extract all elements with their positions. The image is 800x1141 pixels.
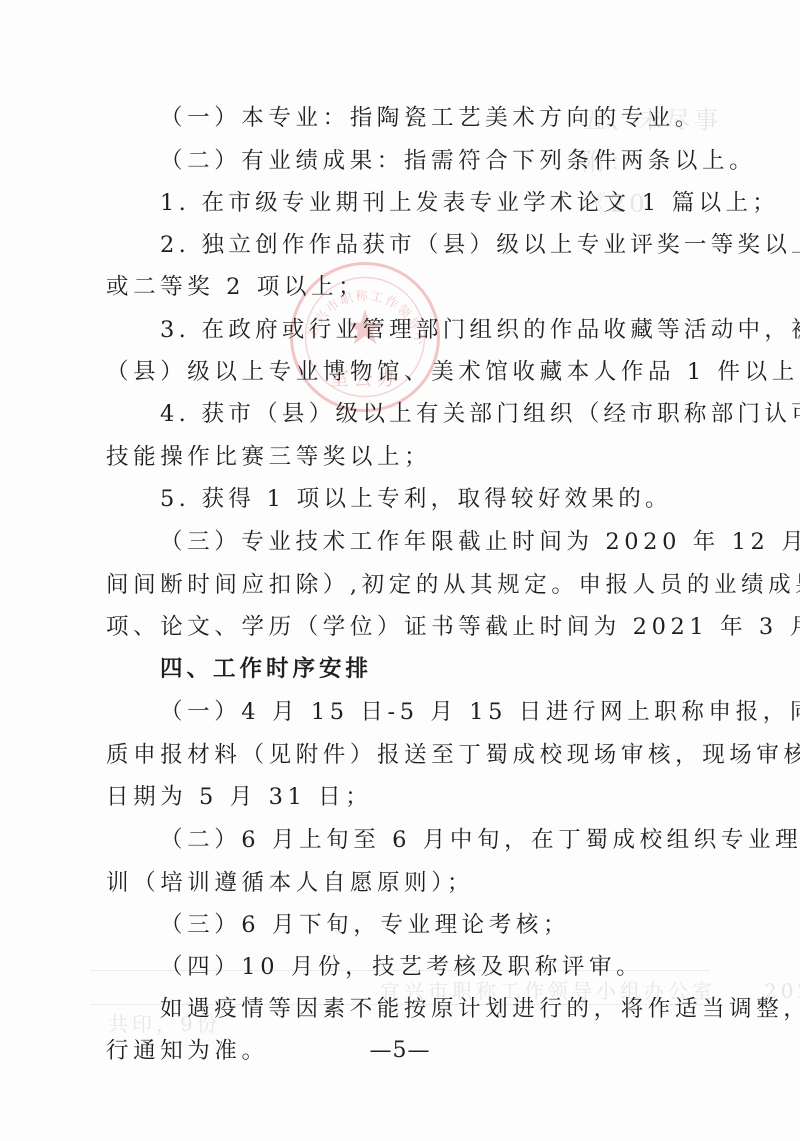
text-line: 如遇疫情等因素不能按原计划进行的，将作适当调整，以另 — [160, 991, 800, 1027]
text-line: 或二等奖 2 项以上； — [106, 269, 365, 305]
section-heading: 四、工作时序安排 — [160, 651, 372, 687]
text-line: （三）专业技术工作年限截止时间为 2020 年 12 月 31 日（中 — [160, 524, 800, 560]
text-line: 间间断时间应扣除）,初定的从其规定。申报人员的业绩成果、奖 — [106, 567, 800, 603]
document-page: 五、未尽事 附： 《20 宜兴市职称工作领导小组办公室 2021 年 4 月 共… — [0, 0, 800, 1141]
text-line: （一）4 月 15 日-5 月 15 日进行网上职称申报，同时相关纸 — [160, 694, 800, 730]
text-line: （三）6 月下旬，专业理论考核； — [160, 907, 570, 943]
text-line: （二）6 月上旬至 6 月中旬，在丁蜀成校组织专业理论的培 — [160, 822, 800, 858]
list-item: 5. 获得 1 项以上专利，取得较好效果的。 — [160, 481, 672, 517]
text-line: （四）10 月份，技艺考核及职称评审。 — [160, 949, 643, 985]
list-item: 1. 在市级专业期刊上发表专业学术论文 1 篇以上； — [160, 185, 779, 221]
text-line: 训（培训遵循本人自愿原则）； — [106, 865, 474, 901]
list-item: 4. 获市（县）级以上有关部门组织（经市职称部门认可）的 — [160, 396, 800, 432]
text-line: （二）有业绩成果：指需符合下列条件两条以上。 — [160, 143, 756, 179]
text-line: 质申报材料（见附件）报送至丁蜀成校现场审核，现场审核截止 — [106, 737, 800, 773]
text-line: 技能操作比赛三等奖以上； — [106, 439, 431, 475]
list-item: 2. 独立创作作品获市（县）级以上专业评奖一等奖以上 1 项 — [160, 227, 800, 263]
text-line: 日期为 5 月 31 日； — [106, 779, 372, 815]
list-item: 3. 在政府或行业管理部门组织的作品收藏等活动中，被市 — [160, 312, 800, 348]
page-number: —5— — [0, 1038, 800, 1063]
text-line: （一）本专业：指陶瓷工艺美术方向的专业。 — [160, 100, 702, 136]
text-line: （县）级以上专业博物馆、美术馆收藏本人作品 1 件以上； — [106, 354, 800, 390]
text-line: 项、论文、学历（学位）证书等截止时间为 2021 年 3 月 31 日。 — [106, 609, 800, 645]
